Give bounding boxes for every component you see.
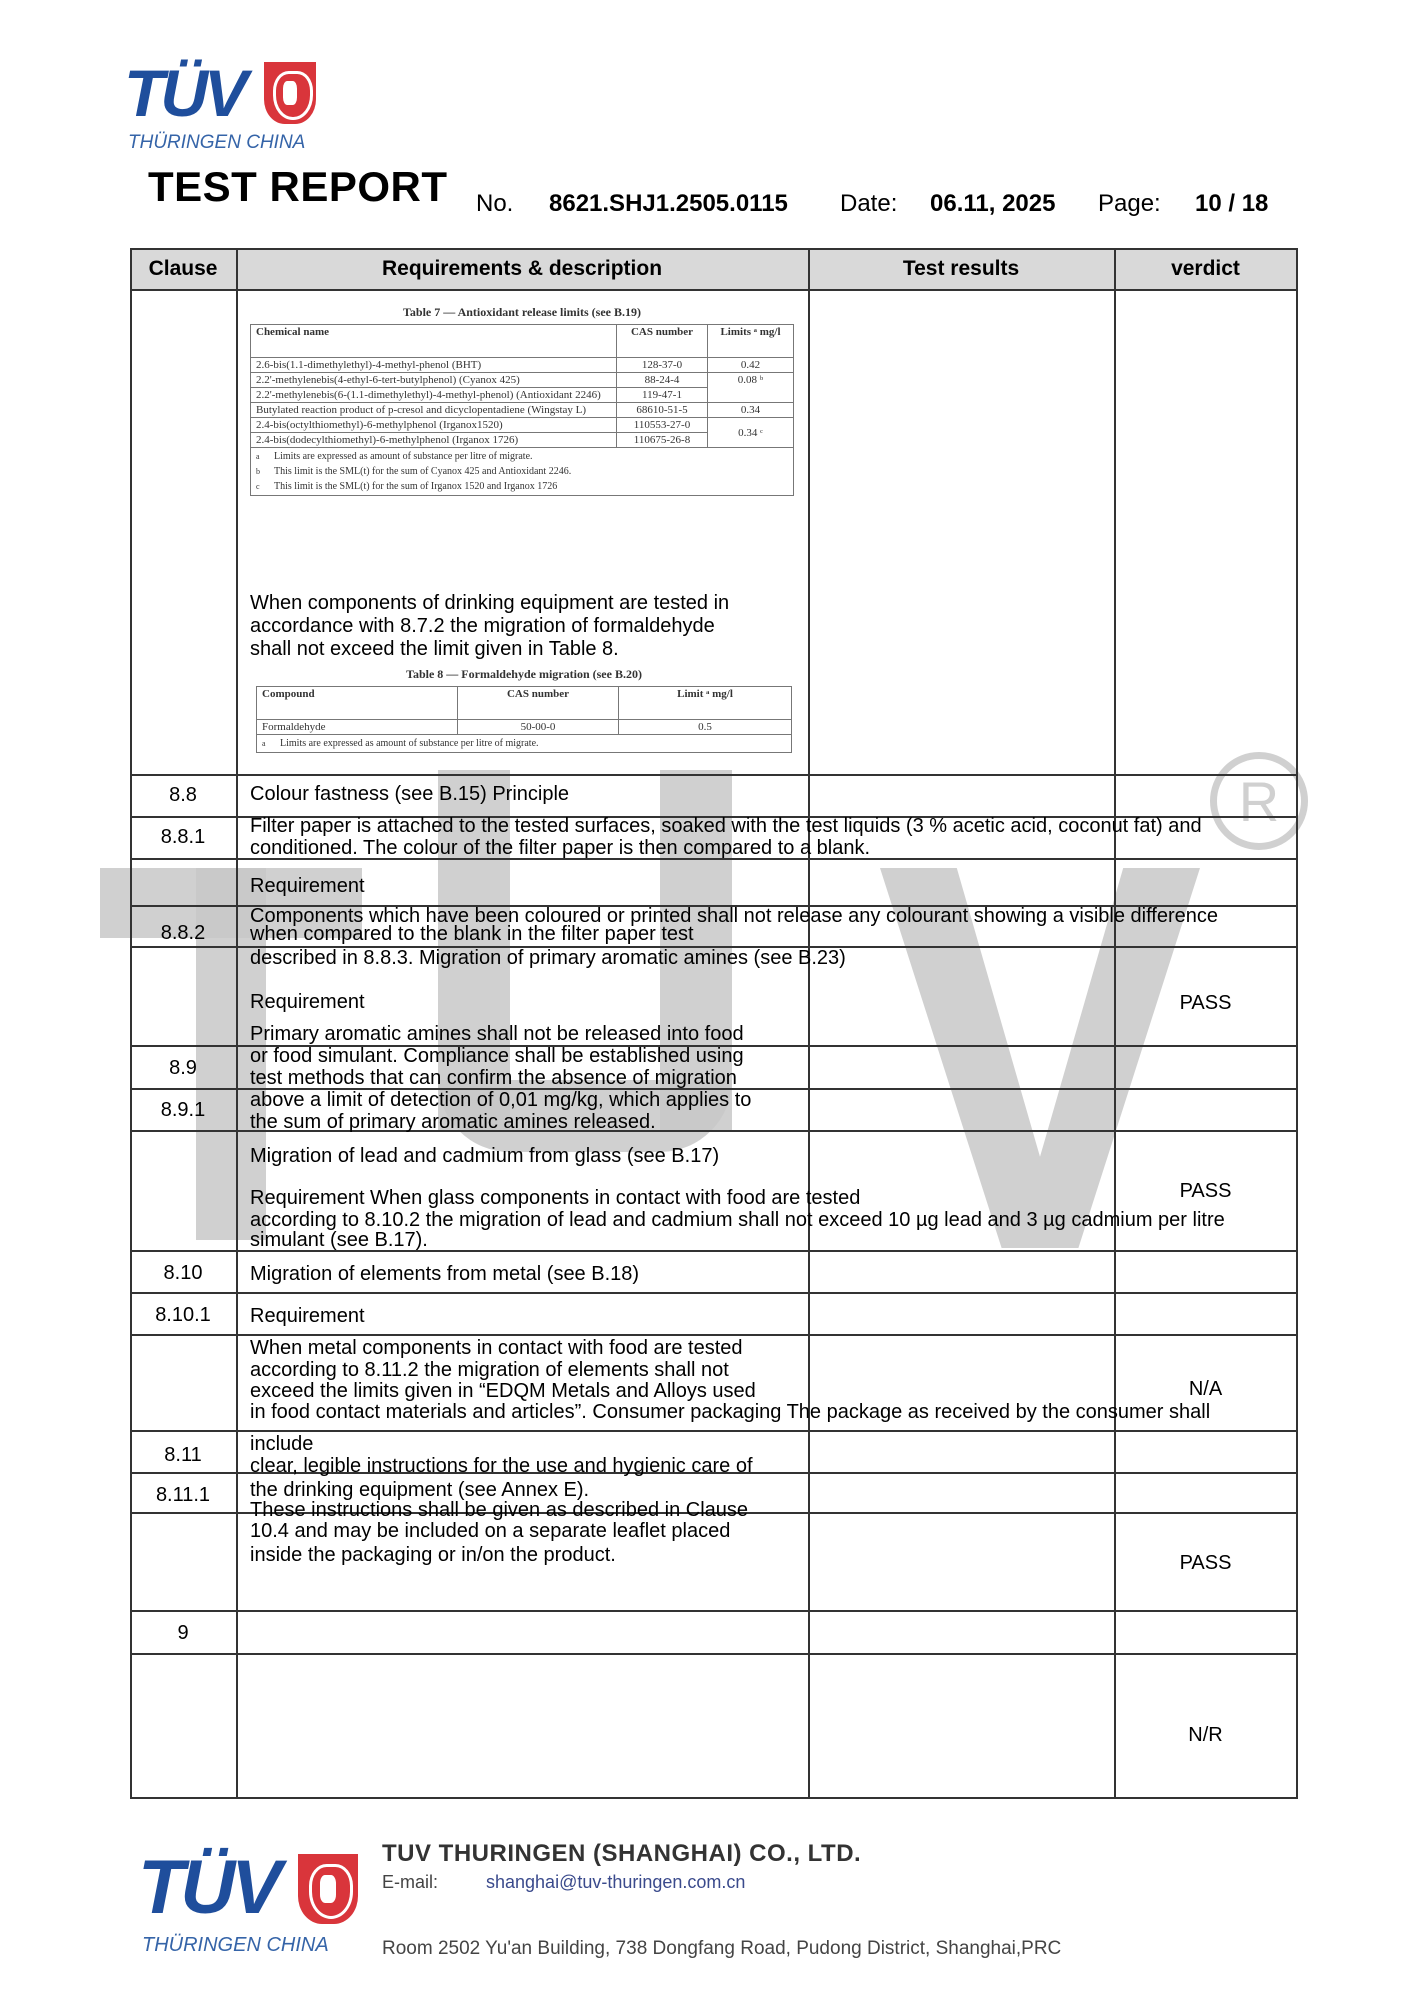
clause-9: 9 <box>130 1622 236 1645</box>
clause-8-9: 8.9 <box>130 1057 236 1080</box>
table7-row: 2.2'-methylenebis(4-ethyl-6-tert-butylph… <box>251 373 794 388</box>
desc-8-10-1: Requirement <box>250 1306 365 1327</box>
verdict-pass: PASS <box>1114 992 1297 1015</box>
clause-8-9-1: 8.9.1 <box>130 1099 236 1122</box>
table7-header-cas: CAS number <box>617 325 708 358</box>
clause-8-8: 8.8 <box>130 784 236 807</box>
table8-formaldehyde-migration: Table 8 — Formaldehyde migration (see B.… <box>256 667 792 753</box>
page-label: Page: <box>1098 190 1161 218</box>
table7-notes: aLimits are expressed as amount of subst… <box>251 448 794 496</box>
desc-8-11-line6: inside the packaging or in/on the produc… <box>250 1545 616 1566</box>
desc-8-8-1-line1: Filter paper is attached to the tested s… <box>250 816 1202 837</box>
table7-header-limit: Limits ᵃ mg/l <box>708 325 794 358</box>
verdict-na: N/A <box>1114 1378 1297 1401</box>
col-header-clause: Clause <box>130 248 236 289</box>
clause-8-8-2: 8.8.2 <box>130 922 236 945</box>
desc-8-11-line1: include <box>250 1434 313 1455</box>
desc-8-11-line2: clear, legible instructions for the use … <box>250 1456 753 1477</box>
clause-8-11: 8.11 <box>130 1444 236 1467</box>
desc-paa-line5: the sum of primary aromatic amines relea… <box>250 1112 656 1133</box>
report-no-label: No. <box>476 190 513 218</box>
formaldehyde-intro: When components of drinking equipment ar… <box>250 592 729 661</box>
table7-antioxidant-limits: Table 7 — Antioxidant release limits (se… <box>250 305 794 496</box>
desc-8-11-line3: the drinking equipment (see Annex E). <box>250 1480 589 1501</box>
desc-metal-line1: When metal components in contact with fo… <box>250 1338 743 1359</box>
table7-header-name: Chemical name <box>251 325 617 358</box>
desc-8-8-2-line2: when compared to the blank in the filter… <box>250 924 694 945</box>
table7-row: 2.6-bis(1.1-dimethylethyl)-4-methyl-phen… <box>251 358 794 373</box>
table8-note: aLimits are expressed as amount of subst… <box>257 735 792 753</box>
logo-subtitle: THÜRINGEN CHINA <box>128 132 305 154</box>
coat-of-arms-icon <box>264 62 316 124</box>
desc-metal-line4: in food contact materials and articles”.… <box>250 1402 1210 1423</box>
footer-email-link[interactable]: shanghai@tuv-thuringen.com.cn <box>486 1872 745 1893</box>
desc-requirement-8-9: Requirement <box>250 992 365 1013</box>
desc-8-11-line5: 10.4 and may be included on a separate l… <box>250 1521 730 1542</box>
report-title: TEST REPORT <box>148 163 448 211</box>
desc-paa-line1: Primary aromatic amines shall not be rel… <box>250 1024 744 1045</box>
footer-email-label: E-mail: <box>382 1872 438 1893</box>
date-value: 06.11, 2025 <box>930 190 1055 218</box>
page-value: 10 / 18 <box>1195 190 1268 218</box>
table7-row: Butylated reaction product of p-cresol a… <box>251 403 794 418</box>
verdict-nr: N/R <box>1114 1724 1297 1747</box>
footer-address: Room 2502 Yu'an Building, 738 Dongfang R… <box>382 1938 1061 1960</box>
desc-metal-line2: according to 8.11.2 the migration of ele… <box>250 1360 729 1381</box>
clause-8-11-1: 8.11.1 <box>130 1484 236 1507</box>
verdict-pass: PASS <box>1114 1552 1297 1575</box>
footer-logo-subtitle: THÜRINGEN CHINA <box>142 1934 329 1957</box>
desc-8-8-1-line2: conditioned. The colour of the filter pa… <box>250 838 870 859</box>
desc-glass-line2: according to 8.10.2 the migration of lea… <box>250 1210 1225 1231</box>
table7-caption: Table 7 — Antioxidant release limits (se… <box>250 305 794 320</box>
desc-metal-line3: exceed the limits given in “EDQM Metals … <box>250 1381 756 1402</box>
desc-glass-line1: Requirement When glass components in con… <box>250 1188 860 1209</box>
desc-requirement-8-8: Requirement <box>250 876 365 897</box>
desc-8-8-2-line3: described in 8.8.3. Migration of primary… <box>250 948 846 969</box>
footer-coat-of-arms-icon <box>298 1854 358 1924</box>
desc-paa-line2: or food simulant. Compliance shall be es… <box>250 1046 744 1067</box>
col-header-requirements: Requirements & description <box>236 248 808 289</box>
desc-glass-line3: simulant (see B.17). <box>250 1230 428 1251</box>
desc-paa-line3: test methods that can confirm the absenc… <box>250 1068 737 1089</box>
clause-8-10-1: 8.10.1 <box>130 1304 236 1327</box>
desc-glass-title: Migration of lead and cadmium from glass… <box>250 1146 719 1167</box>
table8-row: Formaldehyde 50-00-0 0.5 <box>257 720 792 735</box>
desc-8-11-line4: These instructions shall be given as des… <box>250 1500 748 1521</box>
footer-company-name: TUV THURINGEN (SHANGHAI) CO., LTD. <box>382 1840 861 1868</box>
table8-caption: Table 8 — Formaldehyde migration (see B.… <box>256 667 792 682</box>
logo-wordmark: TÜV <box>124 60 244 126</box>
desc-paa-line4: above a limit of detection of 0,01 mg/kg… <box>250 1090 751 1111</box>
col-header-test-results: Test results <box>808 248 1114 289</box>
desc-8-8: Colour fastness (see B.15) Principle <box>250 784 569 805</box>
table7-row: 2.4-bis(octylthiomethyl)-6-methylphenol … <box>251 418 794 433</box>
verdict-pass: PASS <box>1114 1180 1297 1203</box>
clause-8-10: 8.10 <box>130 1262 236 1285</box>
clause-8-8-1: 8.8.1 <box>130 826 236 849</box>
desc-8-10: Migration of elements from metal (see B.… <box>250 1264 639 1285</box>
registered-mark-icon: R <box>1210 752 1308 850</box>
tuv-logo-footer: TÜV THÜRINGEN CHINA <box>138 1850 358 1960</box>
report-no-value: 8621.SHJ1.2505.0115 <box>549 190 788 218</box>
date-label: Date: <box>840 190 897 218</box>
footer-logo-wordmark: TÜV <box>138 1850 278 1926</box>
tuv-logo-header: TÜV THÜRINGEN CHINA <box>124 60 324 155</box>
col-header-verdict: verdict <box>1114 248 1297 289</box>
